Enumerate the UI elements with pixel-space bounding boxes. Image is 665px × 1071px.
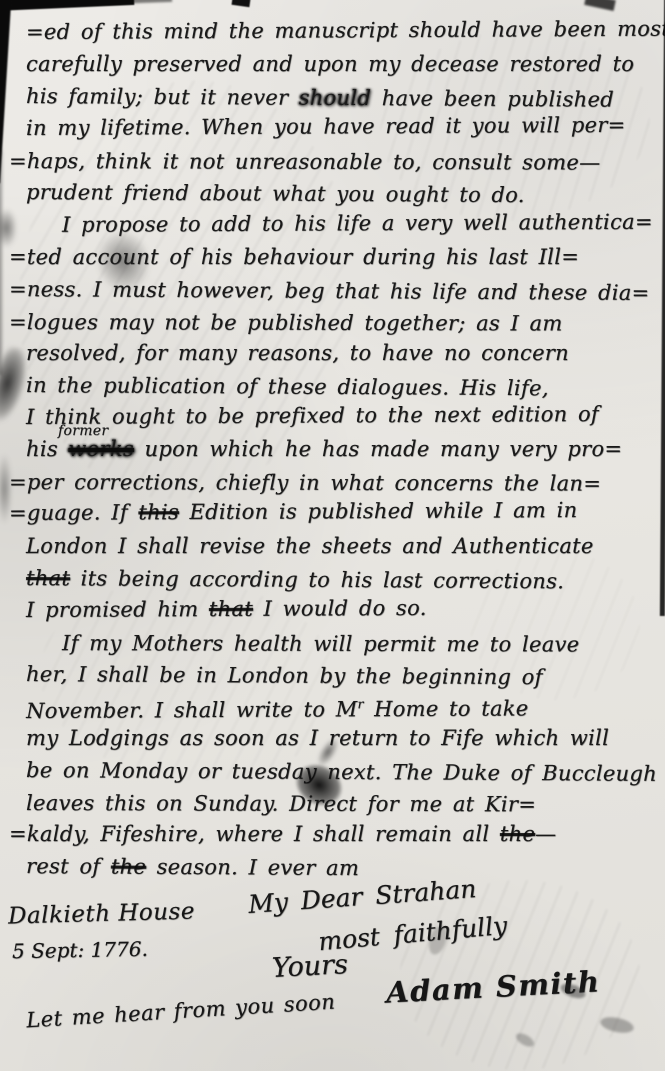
manuscript-line: carefully preserved and upon my decease …: [26, 48, 654, 80]
manuscript-text: season. I ever am: [146, 855, 359, 880]
manuscript-word-struck: this: [138, 501, 179, 525]
manuscript-text: in the publication of these dialogues. H…: [26, 373, 549, 400]
photo-edge-top: [108, 0, 172, 4]
ink-smudge: [0, 204, 22, 252]
manuscript-line: in my lifetime. When you have read it yo…: [26, 109, 654, 144]
manuscript-line: If my Mothers health will permit me to l…: [26, 627, 654, 661]
postscript: Let me hear from you soon: [26, 990, 336, 1033]
letter-lines: =ed of this mind the manuscript should h…: [26, 16, 654, 883]
manuscript-text: resolved, for many reasons, to have no c…: [26, 341, 569, 365]
manuscript-line: London I shall revise the sheets and Aut…: [26, 530, 654, 562]
manuscript-text: its being according to his last correcti…: [70, 566, 564, 593]
manuscript-line: =guage. If this Edition is published whi…: [9, 494, 654, 529]
manuscript-text: rest of: [26, 854, 111, 879]
ink-smudge: [86, 223, 162, 307]
photo-edge-left: [0, 150, 2, 375]
manuscript-text: my Lodgings as soon as I return to Fife …: [26, 726, 609, 750]
manuscript-word-struck: works: [68, 437, 134, 461]
manuscript-word-struck: that: [209, 596, 253, 620]
manuscript-line: formerhis works upon which he has made m…: [26, 433, 654, 465]
manuscript-text: =haps, think it not unreasonable to, con…: [9, 149, 601, 175]
manuscript-text: London I shall revise the sheets and Aut…: [26, 534, 594, 558]
manuscript-word-struck: the: [500, 822, 535, 846]
letter-paper: =ed of this mind the manuscript should h…: [0, 0, 665, 1071]
photo-edge-mark: [232, 0, 251, 7]
dateline-place: Dalkieth House: [8, 899, 196, 930]
manuscript-line: I think ought to be prefixed to the next…: [26, 398, 654, 433]
manuscript-text: November. I shall write to M: [26, 697, 358, 723]
manuscript-text: =per corrections, chiefly in what concer…: [9, 470, 601, 496]
inserted-word: former: [58, 424, 108, 438]
manuscript-line: =ed of this mind the manuscript should h…: [26, 13, 654, 48]
ink-smudge: [0, 452, 14, 526]
manuscript-text: I think ought to be prefixed to the next…: [26, 402, 599, 429]
photo-edge-mark: [584, 0, 616, 11]
manuscript-text: in my lifetime. When you have read it yo…: [26, 113, 626, 140]
manuscript-text: =guage. If: [9, 501, 138, 526]
manuscript-text: upon which he has made many very pro=: [134, 437, 622, 461]
manuscript-text: carefully preserved and upon my decease …: [26, 52, 634, 76]
manuscript-line: I promised him that I would do so.: [26, 590, 654, 625]
manuscript-text: =logues may not be published together; a…: [9, 310, 563, 335]
manuscript-text: —: [535, 822, 556, 846]
manuscript-text: =ed of this mind the manuscript should h…: [26, 17, 665, 44]
manuscript-text: his: [26, 437, 68, 461]
manuscript-line: rest of the season. I ever am: [26, 850, 654, 886]
manuscript-line: =haps, think it not unreasonable to, con…: [9, 145, 654, 179]
manuscript-line: =logues may not be published together; a…: [9, 306, 654, 340]
manuscript-text: his family; but it never: [26, 84, 299, 110]
manuscript-word-struck: that: [26, 566, 70, 590]
manuscript-text: I would do so.: [253, 596, 427, 621]
scanned-letter-photo: =ed of this mind the manuscript should h…: [0, 0, 665, 1071]
valediction-line-2: Yours: [271, 949, 348, 984]
manuscript-text: If my Mothers health will permit me to l…: [62, 631, 579, 656]
manuscript-line: =kaldy, Fifeshire, where I shall remain …: [9, 818, 654, 850]
manuscript-text: Edition is published while I am in: [179, 498, 578, 524]
manuscript-text: =kaldy, Fifeshire, where I shall remain …: [9, 822, 500, 846]
manuscript-line: November. I shall write to Mr Home to ta…: [26, 687, 654, 722]
manuscript-word-blot: should: [299, 86, 372, 110]
photo-edge-right: [660, 0, 665, 616]
manuscript-word-struck: the: [111, 855, 146, 879]
manuscript-text: I promised him: [26, 597, 209, 622]
manuscript-line: resolved, for many reasons, to have no c…: [26, 337, 654, 369]
dateline-date: 5 Sept: 1776.: [12, 937, 148, 963]
manuscript-text: her, I shall be in London by the beginni…: [26, 662, 543, 689]
manuscript-text: prudent friend about what you ought to d…: [26, 180, 525, 207]
manuscript-text: Home to take: [364, 696, 529, 721]
manuscript-text: have been published: [371, 86, 614, 111]
